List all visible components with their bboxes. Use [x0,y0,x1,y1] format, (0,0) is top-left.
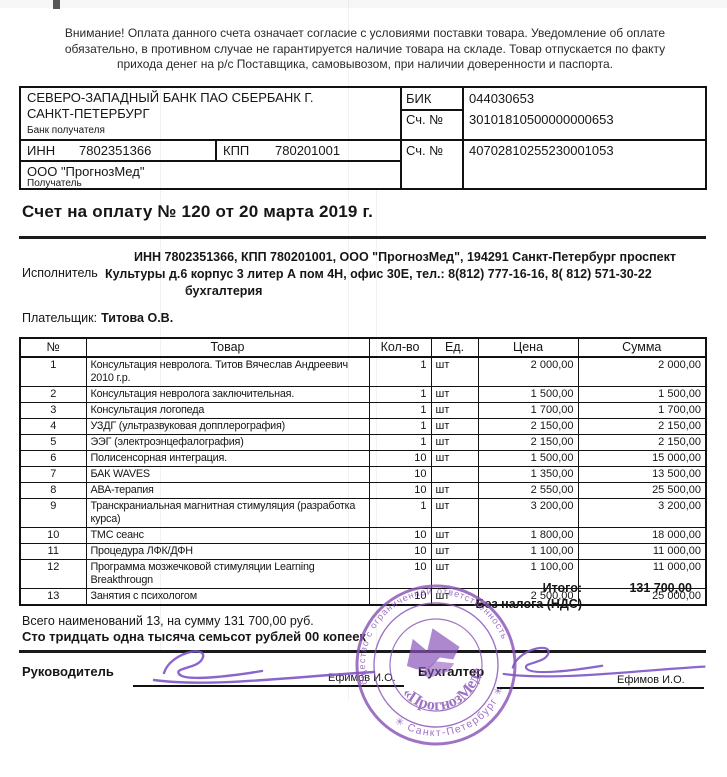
table-row: 8АВА-терапия10шт2 550,0025 500,00 [20,483,706,499]
cell-qty: 10 [369,544,431,560]
total-label: Итого: [543,580,582,596]
corr-account-label: Сч. № [406,112,443,127]
cell-unit: шт [431,357,478,387]
accountant-label: Бухгалтер [418,664,484,679]
bank-requisites-table: СЕВЕРО-ЗАПАДНЫЙ БАНК ПАО СБЕРБАНК Г. САН… [19,86,707,190]
bank-name: СЕВЕРО-ЗАПАДНЫЙ БАНК ПАО СБЕРБАНК Г. САН… [27,90,327,122]
items-table: № Товар Кол-во Ед. Цена Сумма 1Консульта… [19,337,707,606]
payer-name: Титова О.В. [101,311,173,325]
director-label: Руководитель [22,664,114,679]
table-row: 3Консультация логопеда1шт1 700,001 700,0… [20,403,706,419]
total-row: Итого: 131 700,00 [300,580,692,596]
cell-price: 3 200,00 [478,499,578,528]
cell-sum: 1 500,00 [578,387,706,403]
cell-qty: 10 [369,451,431,467]
header-qty: Кол-во [369,338,431,357]
cell-price: 2 150,00 [478,419,578,435]
cell-num: 7 [20,467,86,483]
cell-qty: 1 [369,403,431,419]
page-title: Счет на оплату № 120 от 20 марта 2019 г. [22,202,373,222]
table-row: 4УЗДГ (ультразвуковая допплерография)1шт… [20,419,706,435]
bank-name-label: Банк получателя [27,125,105,136]
cell-unit: шт [431,451,478,467]
header-unit: Ед. [431,338,478,357]
cell-sum: 11 000,00 [578,544,706,560]
director-name: Ефимов И.О. [328,672,396,684]
inn-label: ИНН [27,143,55,158]
table-row: 9Транскраниальная магнитная стимуляция (… [20,499,706,528]
cell-price: 1 100,00 [478,544,578,560]
cell-unit: шт [431,483,478,499]
cell-num: 12 [20,560,86,589]
totals-block: Итого: 131 700,00 Без налога (НДС) - [300,580,692,612]
cell-num: 6 [20,451,86,467]
warning-line: прихода денег на р/с Поставщика, самовыв… [60,57,670,73]
divider-rule [19,236,706,239]
table-row: 10ТМС сеанс10шт1 800,0018 000,00 [20,528,706,544]
payer-line: Плательщик:Титова О.В. [22,311,173,325]
table-border [215,139,217,160]
scan-mark [53,0,60,9]
table-row: 7БАК WAVES101 350,0013 500,00 [20,467,706,483]
cell-name: ЭЭГ (электроэнцефалография) [86,435,369,451]
cell-price: 1 700,00 [478,403,578,419]
kpp-value: 780201001 [275,143,340,158]
cell-num: 8 [20,483,86,499]
cell-name: Полисенсорная интеграция. [86,451,369,467]
table-border [21,139,705,141]
cell-unit: шт [431,528,478,544]
cell-sum: 2 150,00 [578,419,706,435]
payer-label: Плательщик: [22,311,97,325]
executor-details: ИНН 7802351366, КПП 780201001, ООО "Прог… [105,249,705,300]
table-border [400,109,464,111]
table-row: 6Полисенсорная интеграция.10шт1 500,0015… [20,451,706,467]
recipient-label: Получатель [27,178,82,189]
cell-price: 1 800,00 [478,528,578,544]
cell-num: 2 [20,387,86,403]
inn-value: 7802351366 [79,143,151,158]
cell-price: 2 000,00 [478,357,578,387]
cell-qty: 1 [369,419,431,435]
account-value: 40702810255230001053 [469,143,614,158]
cell-sum: 25 500,00 [578,483,706,499]
table-row: 11Процедура ЛФК/ДФН10шт1 100,0011 000,00 [20,544,706,560]
cell-name: ТМС сеанс [86,528,369,544]
table-row: 2Консультация невролога заключительная.1… [20,387,706,403]
cell-num: 4 [20,419,86,435]
account-label: Сч. № [406,143,443,158]
cell-price: 1 500,00 [478,387,578,403]
table-row: 1Консультация невролога. Титов Вячеслав … [20,357,706,387]
cell-unit: шт [431,387,478,403]
payment-warning: Внимание! Оплата данного счета означает … [60,26,670,73]
invoice-document: Внимание! Оплата данного счета означает … [0,0,727,777]
cell-name: Консультация невролога. Титов Вячеслав А… [86,357,369,387]
cell-num: 3 [20,403,86,419]
cell-price: 1 500,00 [478,451,578,467]
cell-sum: 18 000,00 [578,528,706,544]
corr-account-value: 30101810500000000653 [469,112,614,127]
cell-sum: 1 700,00 [578,403,706,419]
cell-unit: шт [431,435,478,451]
warning-line: Внимание! Оплата данного счета означает … [60,26,670,42]
executor-line: Культуры д.6 корпус 3 литер А пом 4Н, оф… [105,266,705,283]
svg-text:✳ Санкт-Петербург ✳: ✳ Санкт-Петербург ✳ [390,680,516,752]
cell-qty: 10 [369,483,431,499]
cell-unit [431,467,478,483]
cell-name: АВА-терапия [86,483,369,499]
header-num: № [20,338,86,357]
cell-num: 5 [20,435,86,451]
cell-unit: шт [431,499,478,528]
cell-sum: 2 000,00 [578,357,706,387]
cell-num: 1 [20,357,86,387]
cell-unit: шт [431,419,478,435]
cell-name: Консультация невролога заключительная. [86,387,369,403]
table-row: 5ЭЭГ (электроэнцефалография)1шт2 150,002… [20,435,706,451]
cell-qty: 10 [369,467,431,483]
cell-qty: 1 [369,435,431,451]
executor-label: Исполнитель [22,266,98,280]
warning-line: обязательно, в противном случае не гаран… [60,42,670,58]
cell-num: 10 [20,528,86,544]
bik-label: БИК [406,91,431,106]
vat-row: Без налога (НДС) - [300,596,692,612]
accountant-signature-line [497,687,704,689]
cell-name: Процедура ЛФК/ДФН [86,544,369,560]
director-signature-line [133,685,404,687]
cell-qty: 1 [369,357,431,387]
vat-label: Без налога (НДС) [476,596,582,612]
table-border [400,88,402,188]
header-sum: Сумма [578,338,706,357]
cell-sum: 15 000,00 [578,451,706,467]
amount-in-words: Сто тридцать одна тысяча семьсот рублей … [22,629,366,644]
cell-qty: 1 [369,499,431,528]
company-name: ООО "ПрогнозМед" [27,164,144,179]
cell-name: Транскраниальная магнитная стимуляция (р… [86,499,369,528]
cell-sum: 2 150,00 [578,435,706,451]
cell-name: БАК WAVES [86,467,369,483]
header-name: Товар [86,338,369,357]
accountant-name: Ефимов И.О. [617,674,685,686]
header-price: Цена [478,338,578,357]
cell-unit: шт [431,544,478,560]
executor-line: ИНН 7802351366, КПП 780201001, ООО "Прог… [105,249,705,266]
cell-price: 1 350,00 [478,467,578,483]
items-count-line: Всего наименований 13, на сумму 131 700,… [22,614,314,628]
executor-line: бухгалтерия [185,283,705,300]
scan-edge [0,0,727,8]
cell-num: 9 [20,499,86,528]
stamp-outer-bottom-text: ✳ Санкт-Петербург ✳ [390,680,516,752]
divider-rule [19,650,706,653]
cell-qty: 1 [369,387,431,403]
table-border [21,160,400,162]
total-value: 131 700,00 [582,580,692,596]
cell-name: Консультация логопеда [86,403,369,419]
cell-num: 11 [20,544,86,560]
cell-name: УЗДГ (ультразвуковая допплерография) [86,419,369,435]
vat-value: - [582,596,692,612]
cell-price: 2 150,00 [478,435,578,451]
cell-price: 2 550,00 [478,483,578,499]
bik-value: 044030653 [469,91,534,106]
table-border [462,88,464,188]
table-header-row: № Товар Кол-во Ед. Цена Сумма [20,338,706,357]
cell-sum: 13 500,00 [578,467,706,483]
cell-qty: 10 [369,528,431,544]
cell-sum: 3 200,00 [578,499,706,528]
cell-num: 13 [20,589,86,606]
cell-unit: шт [431,403,478,419]
kpp-label: КПП [223,143,249,158]
